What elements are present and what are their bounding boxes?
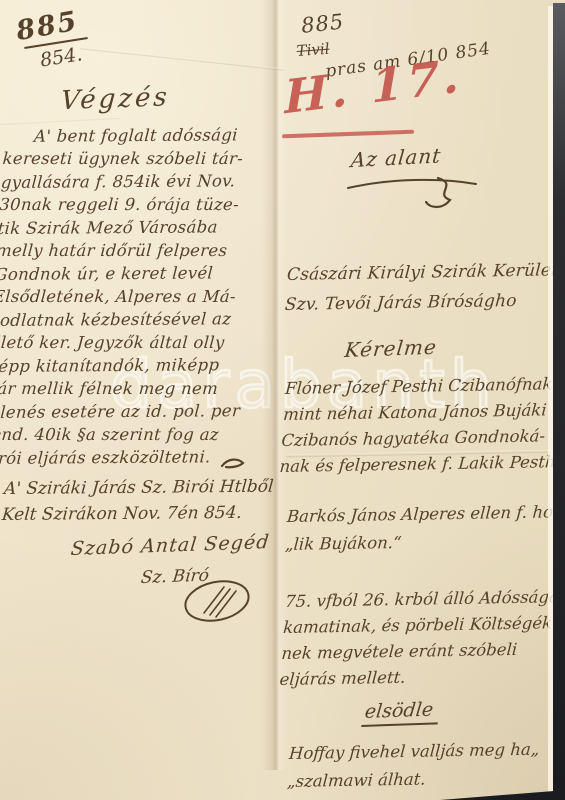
docket-number: 885 xyxy=(14,4,90,47)
handwritten-line: képp kitanítandók, miképp xyxy=(0,353,261,378)
manuscript-photo: darabanth 885 854. Végzés A' bent foglal… xyxy=(0,0,565,800)
red-docket-mark: H. 17. xyxy=(284,48,463,124)
issuer-block: Hoffay fivehel valljás meg ha„„szalmawi … xyxy=(286,736,540,796)
handwritten-line: melly határ időrül felperes xyxy=(0,239,269,262)
red-underline xyxy=(282,130,414,139)
handwritten-line: A' bent foglalt adóssági xyxy=(3,123,277,148)
underlined-keyword: elsödle xyxy=(361,698,440,727)
signature-flourish xyxy=(182,577,252,625)
court-address-block: Császári Királyi Szirák KerületiSzv. Tev… xyxy=(284,255,565,320)
handwritten-line: rend. 40ik §a szerint fog az xyxy=(0,423,256,446)
handwritten-line: Barkós János Alperes ellen f. ho„ xyxy=(286,498,563,531)
clerk-annotation: Az alant xyxy=(350,143,442,172)
photo-background-right xyxy=(553,3,565,800)
paper-crease xyxy=(80,47,284,70)
handwritten-line: Szv. Tevői Járás Bíróságho xyxy=(284,285,563,320)
claim-block: 75. vfból 26. krból álló Adósságának,kam… xyxy=(279,584,565,693)
handwritten-line: jelenés esetére az id. pol. per xyxy=(0,399,258,424)
handwritten-line: tik Szirák Mező Városába xyxy=(0,215,271,240)
petitioner-block: Flóner Józef Pesthi Czibanófnakmint néha… xyxy=(279,371,565,480)
handwritten-line: Elsődletének, Alperes a Má- xyxy=(0,285,266,308)
handwritten-line: illető ker. Jegyzők által olly xyxy=(0,331,263,354)
annotation-flourish xyxy=(346,176,481,216)
handwritten-line: „lik Bujákon.“ xyxy=(284,526,561,559)
signature-name: Szabó Antal Segéd xyxy=(70,531,271,560)
crossed-out-note: Tivil xyxy=(296,40,330,60)
handwritten-line: Hoffay fivehel valljás meg ha„ xyxy=(288,736,540,768)
docket-number-right: 885 xyxy=(300,9,345,37)
handwritten-line: birói eljárás eszközöltetni. xyxy=(0,445,254,470)
handwritten-line: Kelt Szirákon Nov. 7én 854. xyxy=(1,500,273,528)
handwritten-line: sodlatnak kézbesítésével az xyxy=(0,307,264,332)
flourish-mark xyxy=(220,456,246,470)
handwritten-line: Császári Királyi Szirák Kerületi xyxy=(286,255,565,290)
handwritten-line: A' Sziráki Járás Sz. Birói Htlből xyxy=(3,474,275,502)
handwritten-line: Gondnok úr, e keret levél xyxy=(0,261,267,286)
place-date-block: A' Sziráki Járás Sz. Birói HtlbőlKelt Sz… xyxy=(1,474,275,528)
handwritten-line: „szalmawi álhat. xyxy=(286,764,538,796)
handwritten-line: kamatinak, és pörbeli Költségék- xyxy=(282,610,565,641)
handwritten-line: nak és felperesnek f. Lakik Pesthén„ xyxy=(279,449,565,480)
docket-fraction: 885 854. xyxy=(16,10,88,68)
handwritten-line: gyallására f. 854ik évi Nov. xyxy=(0,169,274,194)
handwritten-line: kereseti ügynek szóbeli tár- xyxy=(2,147,276,170)
docket-year: 854. xyxy=(39,42,90,71)
handwritten-line: eljárás mellett. xyxy=(279,662,565,693)
document-title: Végzés xyxy=(60,82,171,116)
defendant-block: Barkós János Alperes ellen f. ho„„lik Bu… xyxy=(284,498,562,559)
ruling-body-text: A' bent foglalt adósságikereseti ügynek … xyxy=(0,124,277,469)
petition-salutation: Kérelme xyxy=(343,335,438,362)
handwritten-line: bár mellik félnek meg nem xyxy=(0,377,259,400)
handwritten-line: 30nak reggeli 9. órája tüze- xyxy=(0,193,272,216)
